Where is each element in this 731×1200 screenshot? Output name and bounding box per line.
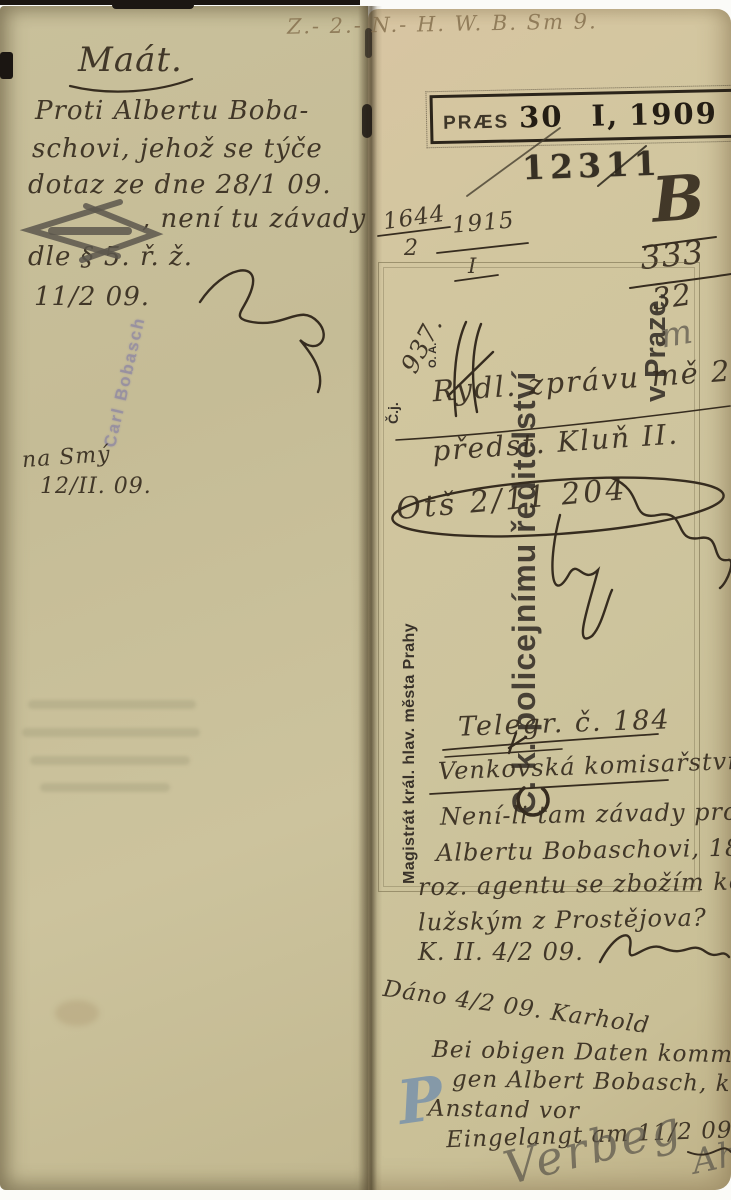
praes-label: PRÆS xyxy=(443,112,510,135)
query-line: roz. agentu se zbožím kože- xyxy=(418,867,731,901)
fold-stain xyxy=(362,104,372,138)
scan-edge-artifact xyxy=(112,0,194,9)
magistrat-stamp: Magistrát král. hlav. města Prahy xyxy=(401,606,419,884)
cj-label: Č.j. xyxy=(385,384,401,424)
registry-year: 1915 xyxy=(451,207,516,238)
bleedthrough-line xyxy=(28,700,196,709)
note-line: Proti Albertu Boba- xyxy=(35,96,309,126)
index-letter: B xyxy=(650,160,708,237)
query-line: Albertu Bobaschovi, 1872 xyxy=(436,833,731,867)
bleedthrough-line xyxy=(22,728,200,737)
addressee-stamp: C. k. policejnímu ředitelství xyxy=(506,332,543,814)
note-line: dle § 5. ř. ž. xyxy=(28,242,193,272)
file-number-stamp: 12311 xyxy=(521,144,662,188)
paper-stain xyxy=(55,1000,99,1026)
dispatch-date-note: 12/II. 09. xyxy=(40,474,152,499)
praes-month: I, xyxy=(591,98,619,133)
query-line: Není-li tam závady proti xyxy=(440,797,731,831)
note-line: schovi, jehož se týče xyxy=(32,134,323,164)
page-title: Maát. xyxy=(78,40,183,80)
bleedthrough-line xyxy=(40,783,170,792)
query-line: lužským z Prostějova? xyxy=(418,903,707,936)
registry-denominator: 2 xyxy=(404,236,419,261)
praes-day: 30 xyxy=(519,99,564,134)
german-note-line: Anstand vor xyxy=(428,1096,580,1125)
blue-pencil-mark: P xyxy=(393,1063,448,1139)
query-date-line: K. II. 4/2 09. xyxy=(418,938,584,966)
note-line: , není tu závady xyxy=(142,204,366,234)
scanned-document: Maát. Proti Albertu Boba- schovi, jehož … xyxy=(0,0,731,1200)
praesentatum-stamp: PRÆS 30 I, 1909 xyxy=(430,89,731,144)
scan-edge-artifact xyxy=(0,52,13,79)
praes-year: 1909 xyxy=(629,96,718,132)
oa-label: O. A. xyxy=(427,328,439,368)
bleedthrough-line xyxy=(30,756,190,765)
note-line: dotaz ze dne 28/1 09. xyxy=(28,170,332,200)
